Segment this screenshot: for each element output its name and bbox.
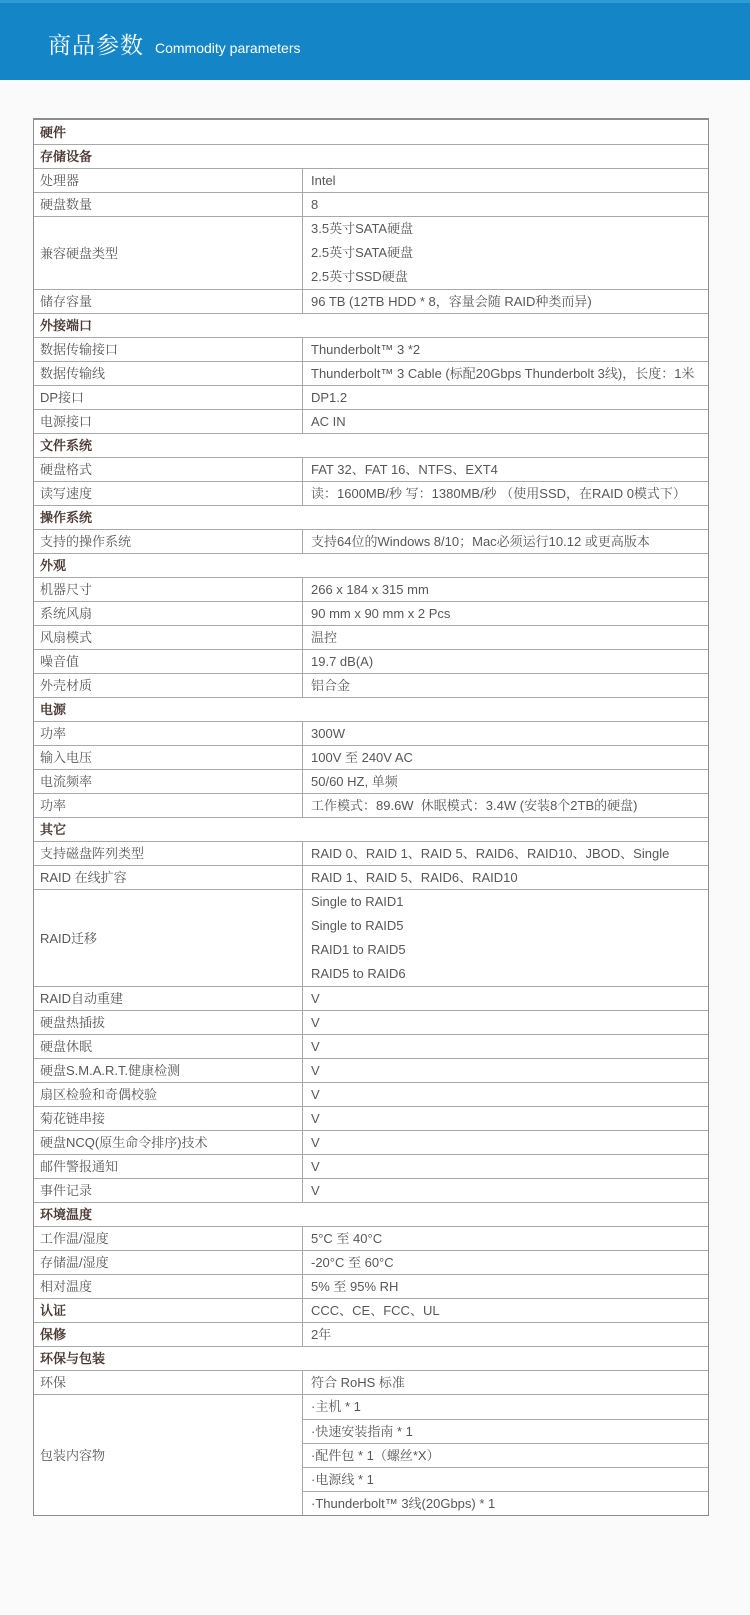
spec-value-line: 2.5英寸SATA硬盘: [303, 241, 708, 265]
spec-row: 硬盘格式FAT 32、FAT 16、NTFS、EXT4: [34, 457, 708, 481]
spec-row: 硬盘休眠V: [34, 1034, 708, 1058]
spec-value: 96 TB (12TB HDD * 8，容量会随 RAID种类而异): [303, 290, 708, 313]
spec-row: 支持磁盘阵列类型RAID 0、RAID 1、RAID 5、RAID6、RAID1…: [34, 841, 708, 865]
spec-value: 温控: [303, 626, 708, 649]
section-row: 外接端口: [34, 313, 708, 337]
spec-row: 硬盘数量8: [34, 192, 708, 216]
spec-row: 认证CCC、CE、FCC、UL: [34, 1298, 708, 1322]
section-label: 环境温度: [34, 1203, 708, 1226]
spec-value: 支持64位的Windows 8/10；Mac必须运行10.12 或更高版本: [303, 530, 708, 553]
section-label: 外观: [34, 554, 708, 577]
spec-key: 噪音值: [34, 650, 303, 673]
section-label: 外接端口: [34, 314, 708, 337]
page-subtitle: Commodity parameters: [155, 40, 301, 56]
spec-value: V: [303, 1179, 708, 1202]
spec-value: 100V 至 240V AC: [303, 746, 708, 769]
spec-value: RAID 1、RAID 5、RAID6、RAID10: [303, 866, 708, 889]
spec-row: 扇区检验和奇偶校验V: [34, 1082, 708, 1106]
spec-key: RAID迁移: [34, 890, 303, 986]
spec-key: 工作温/湿度: [34, 1227, 303, 1250]
spec-value: 90 mm x 90 mm x 2 Pcs: [303, 602, 708, 625]
spec-row: 处理器Intel: [34, 168, 708, 192]
spec-key: 数据传输接口: [34, 338, 303, 361]
spec-value-line: RAID1 to RAID5: [303, 938, 708, 962]
spec-table: 硬件存储设备处理器Intel硬盘数量8兼容硬盘类型3.5英寸SATA硬盘2.5英…: [33, 118, 709, 1516]
spec-key: 相对温度: [34, 1275, 303, 1298]
spec-value-list: 3.5英寸SATA硬盘2.5英寸SATA硬盘2.5英寸SSD硬盘: [303, 217, 708, 289]
spec-row: 兼容硬盘类型3.5英寸SATA硬盘2.5英寸SATA硬盘2.5英寸SSD硬盘: [34, 216, 708, 289]
spec-key: 环保: [34, 1371, 303, 1394]
spec-key: 扇区检验和奇偶校验: [34, 1083, 303, 1106]
spec-key: 电源接口: [34, 410, 303, 433]
spec-row: 机器尺寸266 x 184 x 315 mm: [34, 577, 708, 601]
spec-value-line: 2.5英寸SSD硬盘: [303, 265, 708, 289]
section-label: 其它: [34, 818, 708, 841]
spec-value: 8: [303, 193, 708, 216]
spec-key: 电流频率: [34, 770, 303, 793]
spec-value: DP1.2: [303, 386, 708, 409]
spec-value: V: [303, 1131, 708, 1154]
spec-value: 5°C 至 40°C: [303, 1227, 708, 1250]
section-label: 环保与包装: [34, 1347, 708, 1370]
spec-key: 输入电压: [34, 746, 303, 769]
spec-row: 外壳材质铝合金: [34, 673, 708, 697]
spec-row: 存储温/湿度-20°C 至 60°C: [34, 1250, 708, 1274]
section-label: 硬件: [34, 120, 708, 144]
section-label: 操作系统: [34, 506, 708, 529]
spec-key: 支持磁盘阵列类型: [34, 842, 303, 865]
spec-value: 读：1600MB/秒 写：1380MB/秒 （使用SSD，在RAID 0模式下）: [303, 482, 708, 505]
spec-value-line: RAID5 to RAID6: [303, 962, 708, 986]
spec-value: 工作模式：89.6W 休眠模式：3.4W (安装8个2TB的硬盘): [303, 794, 708, 817]
spec-row: 噪音值19.7 dB(A): [34, 649, 708, 673]
spec-row: 电流频率50/60 HZ, 单频: [34, 769, 708, 793]
spec-row: 支持的操作系统支持64位的Windows 8/10；Mac必须运行10.12 或…: [34, 529, 708, 553]
spec-row: 环保符合 RoHS 标准: [34, 1370, 708, 1394]
spec-row: 事件记录V: [34, 1178, 708, 1202]
spec-row: 硬盘S.M.A.R.T.健康检测V: [34, 1058, 708, 1082]
spec-value: FAT 32、FAT 16、NTFS、EXT4: [303, 458, 708, 481]
spec-key: 保修: [34, 1323, 303, 1346]
spec-key: 事件记录: [34, 1179, 303, 1202]
spec-key: 储存容量: [34, 290, 303, 313]
spec-key: 支持的操作系统: [34, 530, 303, 553]
spec-value: 2年: [303, 1323, 708, 1346]
spec-key: 兼容硬盘类型: [34, 217, 303, 289]
spec-key: 外壳材质: [34, 674, 303, 697]
spec-key: 存储温/湿度: [34, 1251, 303, 1274]
spec-value: V: [303, 1155, 708, 1178]
spec-row: RAID自动重建V: [34, 986, 708, 1010]
spec-value: 5% 至 95% RH: [303, 1275, 708, 1298]
spec-value: -20°C 至 60°C: [303, 1251, 708, 1274]
spec-key: 功率: [34, 794, 303, 817]
spec-key: 包装内容物: [34, 1395, 303, 1515]
spec-value: V: [303, 1035, 708, 1058]
spec-row: 储存容量96 TB (12TB HDD * 8，容量会随 RAID种类而异): [34, 289, 708, 313]
spec-key: RAID自动重建: [34, 987, 303, 1010]
section-row: 电源: [34, 697, 708, 721]
section-label: 电源: [34, 698, 708, 721]
spec-value-line: 3.5英寸SATA硬盘: [303, 217, 708, 241]
section-row: 外观: [34, 553, 708, 577]
spec-row: 系统风扇90 mm x 90 mm x 2 Pcs: [34, 601, 708, 625]
spec-key: 菊花链串接: [34, 1107, 303, 1130]
spec-value-list: Single to RAID1Single to RAID5RAID1 to R…: [303, 890, 708, 986]
spec-value: V: [303, 1083, 708, 1106]
spec-value: 266 x 184 x 315 mm: [303, 578, 708, 601]
section-row: 环保与包装: [34, 1346, 708, 1370]
spec-key: 硬盘NCQ(原生命令排序)技术: [34, 1131, 303, 1154]
spec-value: 铝合金: [303, 674, 708, 697]
spec-value: Thunderbolt™ 3 *2: [303, 338, 708, 361]
spec-value: V: [303, 1107, 708, 1130]
section-row: 其它: [34, 817, 708, 841]
spec-key: 硬盘格式: [34, 458, 303, 481]
section-row: 文件系统: [34, 433, 708, 457]
spec-row: RAID迁移Single to RAID1Single to RAID5RAID…: [34, 889, 708, 986]
spec-value-line: ·快速安装指南 * 1: [303, 1419, 708, 1443]
spec-key: 邮件警报通知: [34, 1155, 303, 1178]
spec-key: 硬盘数量: [34, 193, 303, 216]
spec-row: 邮件警报通知V: [34, 1154, 708, 1178]
spec-value-line: ·主机 * 1: [303, 1395, 708, 1419]
spec-value-line: ·Thunderbolt™ 3线(20Gbps) * 1: [303, 1491, 708, 1515]
page-title: 商品参数: [48, 27, 144, 60]
spec-row: 相对温度5% 至 95% RH: [34, 1274, 708, 1298]
spec-row: 数据传输接口Thunderbolt™ 3 *2: [34, 337, 708, 361]
spec-key: 认证: [34, 1299, 303, 1322]
spec-value: V: [303, 987, 708, 1010]
spec-key: 数据传输线: [34, 362, 303, 385]
spec-value: 19.7 dB(A): [303, 650, 708, 673]
spec-key: 硬盘S.M.A.R.T.健康检测: [34, 1059, 303, 1082]
header-title-group: 商品参数 Commodity parameters: [48, 27, 301, 60]
spec-value-line: Single to RAID1: [303, 890, 708, 914]
page-header: 商品参数 Commodity parameters: [0, 0, 750, 80]
spec-value: AC IN: [303, 410, 708, 433]
spec-row: RAID 在线扩容RAID 1、RAID 5、RAID6、RAID10: [34, 865, 708, 889]
spec-row: 工作温/湿度5°C 至 40°C: [34, 1226, 708, 1250]
spec-row: DP接口DP1.2: [34, 385, 708, 409]
spec-value: V: [303, 1011, 708, 1034]
spec-key: 处理器: [34, 169, 303, 192]
spec-row: 硬盘热插拔V: [34, 1010, 708, 1034]
spec-row: 功率工作模式：89.6W 休眠模式：3.4W (安装8个2TB的硬盘): [34, 793, 708, 817]
spec-value-list: ·主机 * 1·快速安装指南 * 1·配件包 * 1（螺丝*X）·电源线 * 1…: [303, 1395, 708, 1515]
spec-key: 读写速度: [34, 482, 303, 505]
section-row: 操作系统: [34, 505, 708, 529]
spec-value: 300W: [303, 722, 708, 745]
spec-row: 电源接口AC IN: [34, 409, 708, 433]
spec-row: 菊花链串接V: [34, 1106, 708, 1130]
spec-row: 输入电压100V 至 240V AC: [34, 745, 708, 769]
spec-value: Intel: [303, 169, 708, 192]
spec-value: V: [303, 1059, 708, 1082]
spec-value: RAID 0、RAID 1、RAID 5、RAID6、RAID10、JBOD、S…: [303, 842, 708, 865]
spec-key: 功率: [34, 722, 303, 745]
section-row: 环境温度: [34, 1202, 708, 1226]
spec-key: 硬盘休眠: [34, 1035, 303, 1058]
spec-value-line: ·电源线 * 1: [303, 1467, 708, 1491]
spec-key: 风扇模式: [34, 626, 303, 649]
spec-key: 机器尺寸: [34, 578, 303, 601]
spec-key: RAID 在线扩容: [34, 866, 303, 889]
spec-value-line: Single to RAID5: [303, 914, 708, 938]
spec-key: 系统风扇: [34, 602, 303, 625]
spec-row: 风扇模式温控: [34, 625, 708, 649]
spec-value: Thunderbolt™ 3 Cable (标配20Gbps Thunderbo…: [303, 362, 708, 385]
spec-value: 符合 RoHS 标准: [303, 1371, 708, 1394]
section-row: 硬件: [34, 120, 708, 144]
spec-key: 硬盘热插拔: [34, 1011, 303, 1034]
spec-row: 读写速度读：1600MB/秒 写：1380MB/秒 （使用SSD，在RAID 0…: [34, 481, 708, 505]
spec-row: 硬盘NCQ(原生命令排序)技术V: [34, 1130, 708, 1154]
spec-row: 数据传输线Thunderbolt™ 3 Cable (标配20Gbps Thun…: [34, 361, 708, 385]
spec-value: CCC、CE、FCC、UL: [303, 1299, 708, 1322]
spec-row: 保修2年: [34, 1322, 708, 1346]
spec-row: 功率300W: [34, 721, 708, 745]
spec-row: 包装内容物·主机 * 1·快速安装指南 * 1·配件包 * 1（螺丝*X）·电源…: [34, 1394, 708, 1515]
spec-value-line: ·配件包 * 1（螺丝*X）: [303, 1443, 708, 1467]
section-row: 存储设备: [34, 144, 708, 168]
spec-key: DP接口: [34, 386, 303, 409]
section-label: 存储设备: [34, 145, 708, 168]
section-label: 文件系统: [34, 434, 708, 457]
spec-value: 50/60 HZ, 单频: [303, 770, 708, 793]
